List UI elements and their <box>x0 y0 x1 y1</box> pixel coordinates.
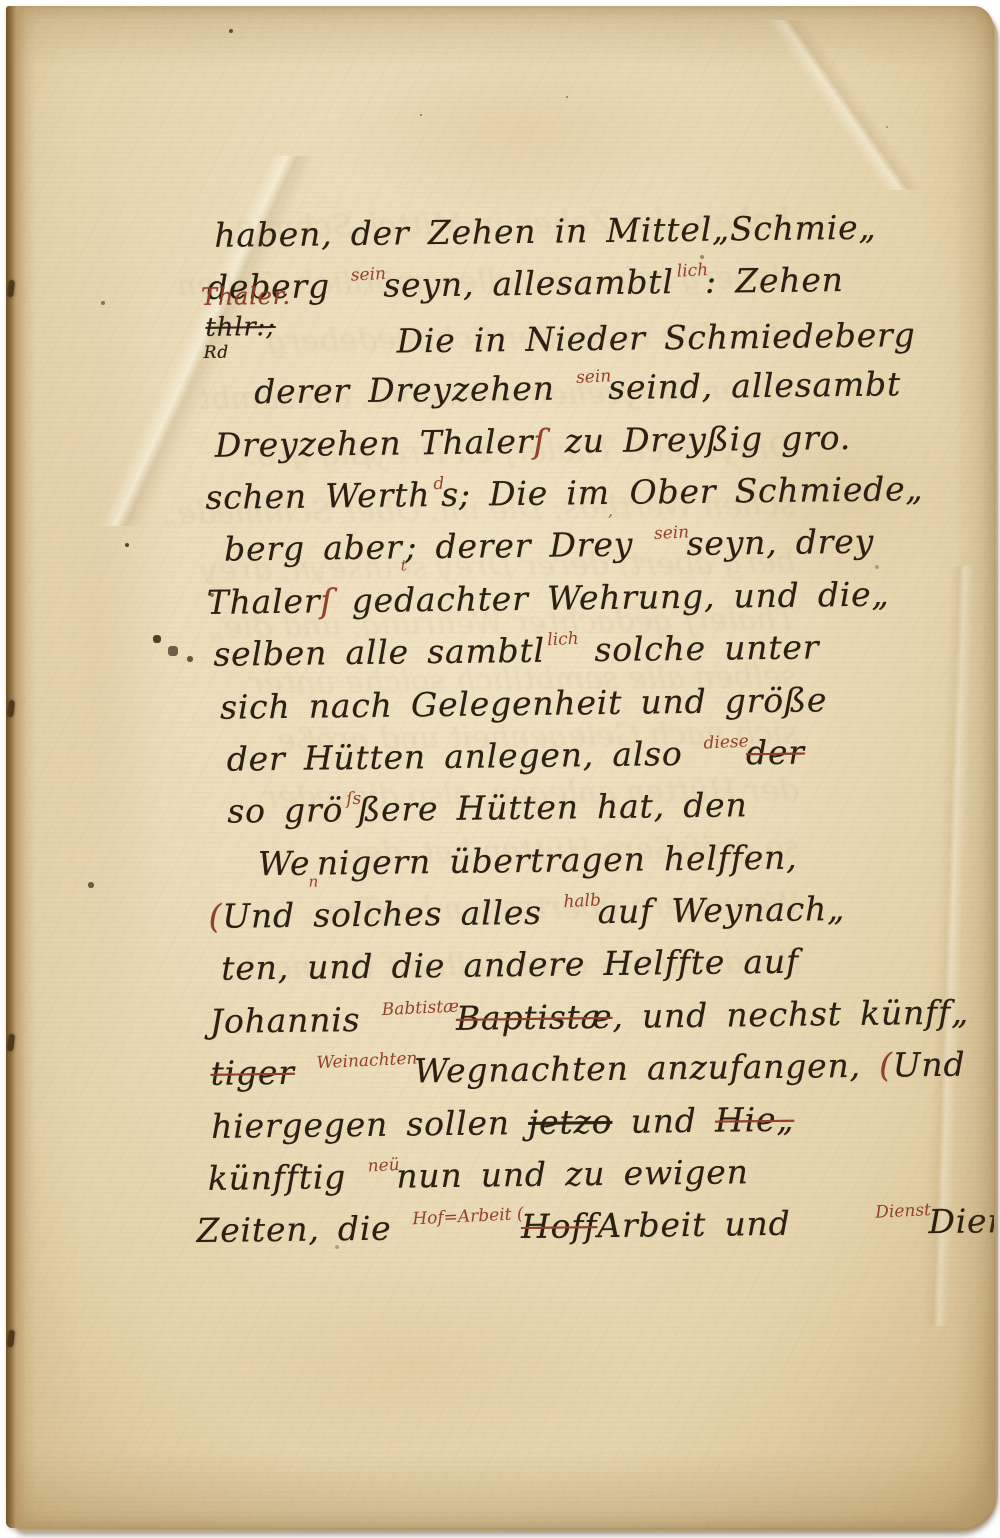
manuscript-line: Dreyzehen Thalerſ zu Dreyßig gro. <box>215 410 982 472</box>
red-ink-correction: Hoff <box>521 1207 598 1247</box>
ink-text: jetzo <box>528 1102 613 1142</box>
ink-text: gedachter Wehrung, und die„ <box>333 574 889 620</box>
ink-text: Ober Schmiede„ <box>611 469 923 512</box>
red-ink-correction: Babtistæ <box>380 980 460 1036</box>
ink-text: , und nechst künff„ <box>612 992 969 1035</box>
ink-text: s; Die im <box>441 473 610 514</box>
manuscript-line: selben alle sambtllich solche unter <box>213 619 984 681</box>
ink-text: Arbeit und <box>597 1204 809 1246</box>
stitch-mark <box>7 1034 15 1052</box>
paper-stain <box>26 176 166 1096</box>
manuscript-line: künfftig neünun und zu ewigen <box>208 1143 991 1205</box>
ink-text: We <box>258 843 311 883</box>
ink-text: Dreyzehen Thaler <box>215 421 534 464</box>
red-ink-correction: sein <box>350 248 388 302</box>
red-ink-correction: neü <box>366 1139 400 1193</box>
ink-text: seyn, drey <box>686 522 874 563</box>
red-ink-correction: sein <box>653 507 691 561</box>
stitch-mark <box>7 700 15 718</box>
red-ink-correction: ſ <box>320 581 333 620</box>
manuscript-line: (Und solches alles halbauf Weynach„ <box>208 881 987 943</box>
manuscript-line: derer Dreyzehen seinseind, allesambt <box>254 358 981 419</box>
ink-text: nun und zu ewigen <box>396 1152 749 1195</box>
paper-stain <box>326 42 716 222</box>
manuscript-line: so gröſsßere Hütten hat, den <box>227 777 986 839</box>
red-ink-correction: lich <box>675 245 709 299</box>
ink-text: künfftig <box>208 1157 365 1198</box>
ink-text: so grö <box>227 790 343 830</box>
manuscript-text: haben, der Zehen in Mittel„Schmie„deberg… <box>192 200 991 1257</box>
corner-fold <box>926 1466 994 1528</box>
ink-text: Und <box>893 1045 966 1085</box>
manuscript-line: berg abert; derer Drey seinseyn, drey <box>224 515 983 577</box>
paper-stain <box>176 1256 656 1466</box>
red-ink-correction: n <box>308 855 319 908</box>
ink-text: schen Werth <box>205 475 430 517</box>
manuscript-line: haben, der Zehen in Mittel„Schmie„ <box>214 200 979 262</box>
red-ink-correction: ( <box>879 1046 893 1085</box>
red-ink-correction: d <box>432 458 445 511</box>
red-ink-correction: Hof=Arbeit ( <box>411 1189 525 1247</box>
ink-text: ten, und die andere Helffte auf <box>221 942 799 988</box>
stitch-mark <box>7 280 15 298</box>
red-ink-correction: der <box>746 732 805 772</box>
ink-text: selben alle sambtl <box>213 631 545 674</box>
manuscript-line: Zeiten, die Hof=Arbeit (HoffArbeit und D… <box>196 1196 991 1258</box>
red-ink-correction: Thaler. <box>201 284 291 309</box>
red-ink-correction: tiger <box>210 1053 295 1093</box>
ink-text: berg aber <box>224 528 403 569</box>
binding-edge <box>6 6 36 1528</box>
manuscript-line: sich nach Gelegenheit und größe <box>220 672 985 734</box>
red-ink-correction: t <box>400 540 407 592</box>
manuscript-line: Thalerſ gedachter Wehrung, und die„ <box>206 567 983 629</box>
ink-text: derer Dreyzehen <box>254 369 573 412</box>
manuscript-line: der Hütten anlegen, also dieseder <box>226 724 985 786</box>
red-ink-correction: Hie„ <box>715 1099 795 1139</box>
red-ink-correction: diese <box>703 715 751 769</box>
ink-text: auf Weynach„ <box>597 889 845 931</box>
manuscript-line: deberg seinseyn, allesambtllich: Zehen <box>207 253 980 315</box>
ink-text: Die in Nieder Schmiedeberg <box>396 315 915 360</box>
ink-text: seind, allesambt <box>608 365 901 408</box>
ink-text: : Zehen <box>705 260 844 301</box>
ink-text: und <box>612 1100 715 1140</box>
ink-text <box>295 1053 314 1092</box>
red-ink-correction: halb <box>562 875 602 929</box>
ink-text: der Hütten anlegen, also <box>226 734 701 779</box>
manuscript-line: hiergegen sollen jetzo und Hie„ <box>211 1091 990 1153</box>
ink-text: Wegnachten anzufangen, <box>414 1046 880 1091</box>
scanned-document-background: haben, der Zehen in Mittel„Schmie„deberg… <box>0 0 1000 1538</box>
red-ink-correction: Weinachten <box>315 1033 418 1090</box>
manuscript-line: tiger WeinachtenWegnachten anzufangen, (… <box>210 1039 989 1101</box>
paper-crease <box>696 20 986 190</box>
red-ink-correction: Baptistæ <box>456 997 613 1038</box>
ink-text: zu Dreyßig gro. <box>546 418 851 461</box>
red-ink-correction: , <box>608 485 614 537</box>
ink-text: Zeiten, die <box>196 1209 410 1251</box>
ink-text: Rd <box>204 344 230 361</box>
ink-text: thlr:; <box>205 314 276 341</box>
ink-text: haben, der Zehen in Mittel„Schmie„ <box>214 208 877 255</box>
manuscript-line: Wennigern übertragen helffen, <box>258 829 987 890</box>
ink-text: hiergegen sollen <box>211 1103 528 1146</box>
stitch-mark <box>7 1330 15 1348</box>
ink-text: nigern übertragen helffen, <box>317 837 798 882</box>
red-ink-correction: Dienst <box>874 1185 932 1240</box>
ink-text: Thaler <box>207 581 321 621</box>
red-ink-correction: ( <box>208 897 222 936</box>
ink-text <box>809 1234 873 1235</box>
margin-correction-stack: Thaler.thlr:;Rd <box>201 312 396 354</box>
ink-text: Dienste <box>928 1201 994 1242</box>
red-ink-correction: sein <box>575 350 613 404</box>
ink-text: ; derer Drey <box>405 525 652 567</box>
ink-text: Und solches alles <box>222 893 560 936</box>
red-ink-correction: ſ <box>533 421 546 460</box>
red-ink-correction: lich <box>547 613 581 667</box>
ink-text: ßere Hütten hat, den <box>358 786 748 830</box>
manuscript-page: haben, der Zehen in Mittel„Schmie„deberg… <box>6 6 994 1528</box>
ink-text: solche unter <box>576 627 820 669</box>
red-ink-correction: ſs <box>345 773 362 826</box>
manuscript-line: schen Werthds; Die im, Ober Schmiede„ <box>205 462 982 524</box>
ink-text: seyn, allesambtl <box>383 263 674 306</box>
manuscript-line: ten, und die andere Helffte auf <box>221 934 988 996</box>
